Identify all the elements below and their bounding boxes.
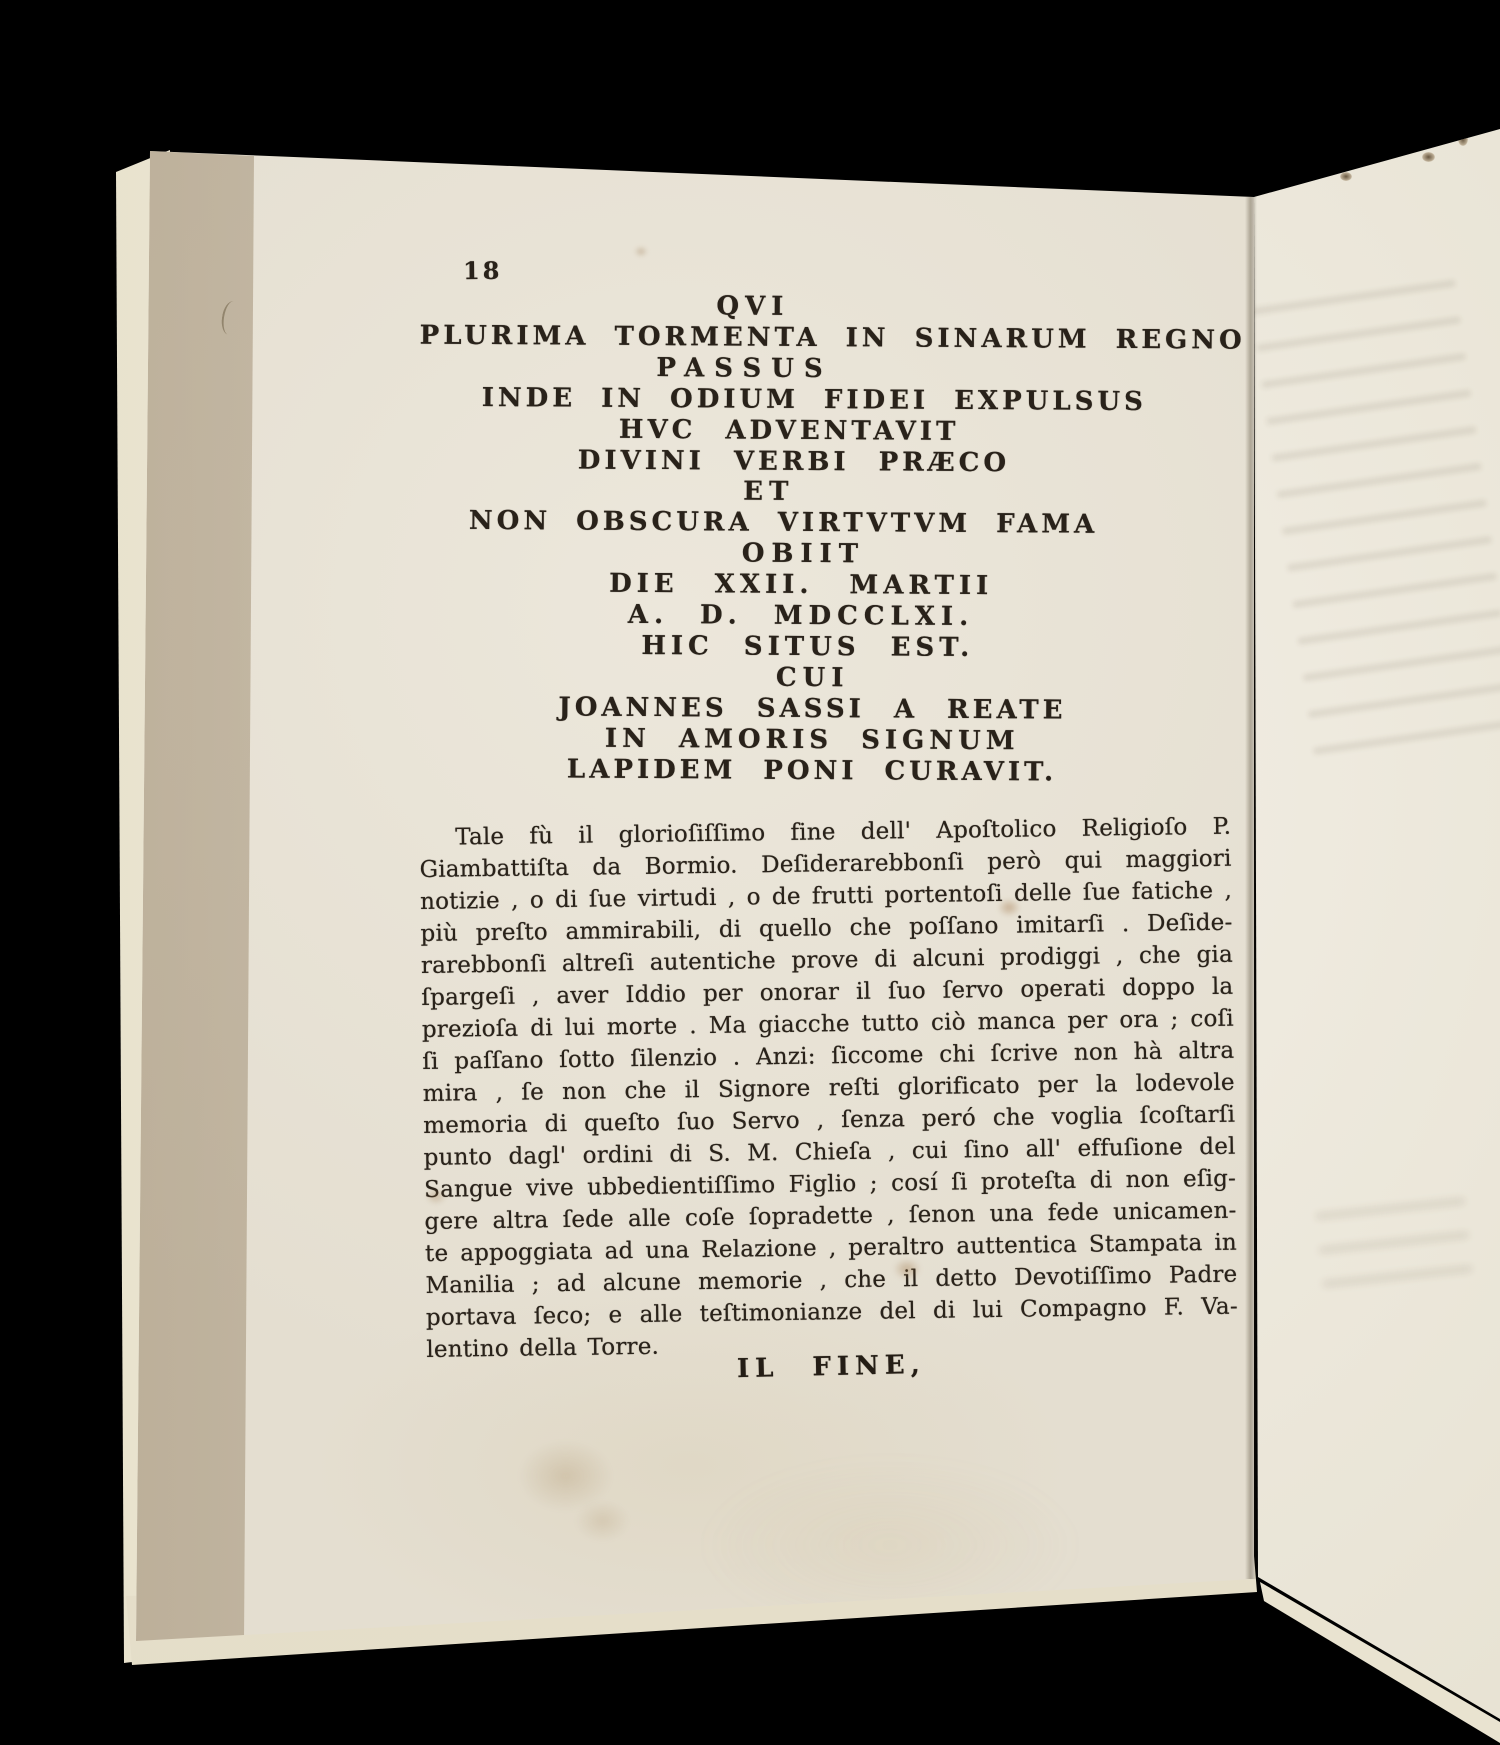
wormhole-speck xyxy=(1340,172,1352,181)
epitaph-line: DIVINI VERBI PRÆCO xyxy=(399,444,1189,480)
latin-epitaph: QVI PLURIMA TORMENTA IN SINARUM REGNO PA… xyxy=(417,290,1210,789)
gutter-crease xyxy=(1245,197,1257,1579)
epitaph-line: JOANNES SASSI A REATE xyxy=(417,691,1207,727)
stain-spot xyxy=(997,898,1021,917)
epitaph-line: QVI xyxy=(358,289,1148,325)
il-fine-label: IL FINE, xyxy=(737,1350,926,1384)
show-through-lines xyxy=(1252,280,1500,784)
epitaph-line: OBIIT xyxy=(408,537,1198,573)
epitaph-line: IN AMORIS SIGNUM xyxy=(417,722,1207,758)
epitaph-line: HVC ADVENTAVIT xyxy=(394,413,1184,449)
stain-spot xyxy=(425,1188,447,1205)
italian-paragraph: Tale fù il glorioſiſſimo fine dell' Apoſ… xyxy=(419,811,1239,1366)
stain-spot xyxy=(575,1500,630,1542)
epitaph-line: PLURIMA TORMENTA IN SINARUM REGNO xyxy=(420,320,1210,356)
stain-spot xyxy=(634,246,648,257)
show-through-lines xyxy=(1315,1197,1474,1307)
epitaph-line: ET xyxy=(374,475,1164,511)
wormhole-speck xyxy=(1458,133,1468,146)
epitaph-line: CUI xyxy=(418,660,1208,696)
epitaph-line: INDE IN ODIUM FIDEI EXPULSUS xyxy=(419,382,1209,418)
epitaph-line: DIE XXII. MARTII xyxy=(406,568,1196,604)
epitaph-line: LAPIDEM PONI CURAVIT. xyxy=(417,753,1207,789)
epitaph-line: A. D. MDCCLXI. xyxy=(406,599,1196,635)
stain-spot xyxy=(893,1258,921,1280)
book-photo: 18 QVI PLURIMA TORMENTA IN SINARUM REGNO… xyxy=(0,0,1500,1745)
page-number: 18 xyxy=(463,256,503,285)
wormhole-speck xyxy=(1422,152,1435,162)
epitaph-line: NON OBSCURA VIRTVTVM FAMA xyxy=(388,506,1178,542)
epitaph-line: PASSUS xyxy=(349,351,1139,387)
wormhole-speck xyxy=(1202,163,1209,169)
epitaph-line: HIC SITUS EST. xyxy=(413,630,1203,666)
